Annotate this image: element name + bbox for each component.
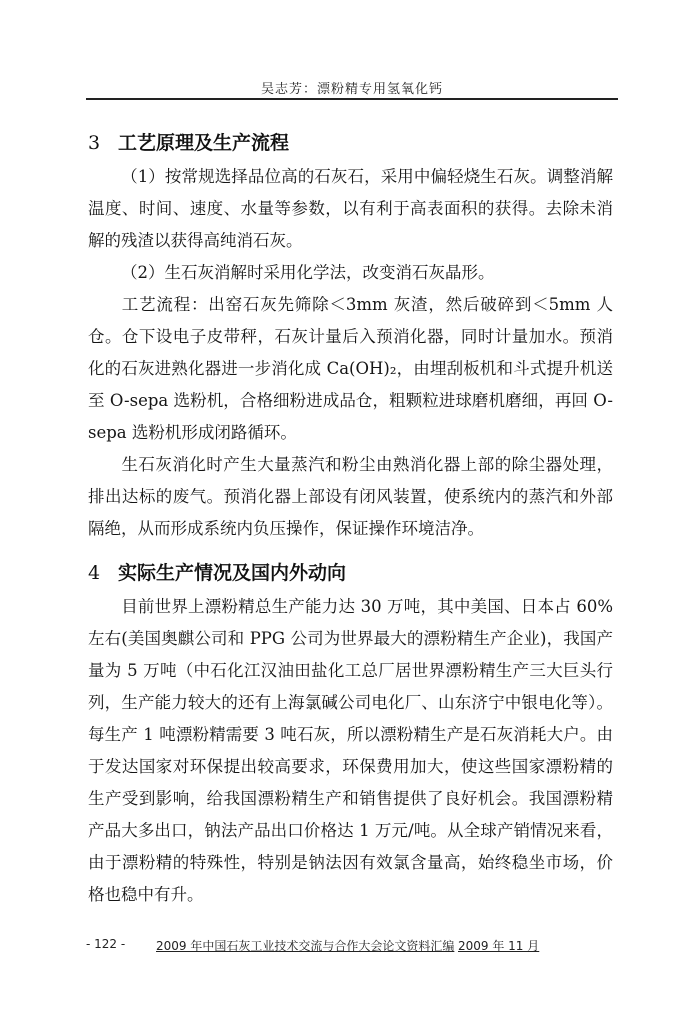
paragraph-text: （1）按常规选择品位高的石灰石，采用中偏轻烧生石灰。调整消解温度、时间、速度、水… [88,167,613,250]
paragraph-text: 生石灰消化时产生大量蒸汽和粉尘由熟消化器上部的除尘器处理，排出达标的废气。预消化… [88,455,613,538]
paragraph-text: 目前世界上漂粉精总生产能力达 30 万吨，其中美国、日本占 60%左右(美国奥麒… [88,597,613,904]
paragraph: （2）生石灰消解时采用化学法，改变消石灰晶形。 [88,257,613,289]
section-3-title: 3工艺原理及生产流程 [88,128,289,155]
paragraph-text: （2）生石灰消解时采用化学法，改变消石灰晶形。 [121,263,495,282]
section-number: 4 [88,562,118,584]
paragraph-text: 工艺流程：出窑石灰先筛除＜3mm 灰渣，然后破碎到＜5mm 人仓。仓下设电子皮带… [88,295,613,442]
proceedings-title: 2009 年中国石灰工业技术交流与合作大会论文资料汇编 [156,937,454,954]
paragraph: 目前世界上漂粉精总生产能力达 30 万吨，其中美国、日本占 60%左右(美国奥麒… [88,591,613,911]
section-4-title: 4实际生产情况及国内外动向 [88,558,346,585]
section-heading: 工艺原理及生产流程 [118,132,289,154]
paragraph: 工艺流程：出窑石灰先筛除＜3mm 灰渣，然后破碎到＜5mm 人仓。仓下设电子皮带… [88,289,613,449]
paragraph: （1）按常规选择品位高的石灰石，采用中偏轻烧生石灰。调整消解温度、时间、速度、水… [88,161,613,257]
section-heading: 实际生产情况及国内外动向 [118,562,346,584]
paragraph: 生石灰消化时产生大量蒸汽和粉尘由熟消化器上部的除尘器处理，排出达标的废气。预消化… [88,449,613,545]
section-number: 3 [88,132,118,154]
publication-date: 2009 年 11 月 [458,937,539,954]
page-number: - 122 - [86,937,125,951]
running-head: 吴志芳：漂粉精专用氢氧化钙 [86,78,618,97]
header-rule [86,98,618,100]
